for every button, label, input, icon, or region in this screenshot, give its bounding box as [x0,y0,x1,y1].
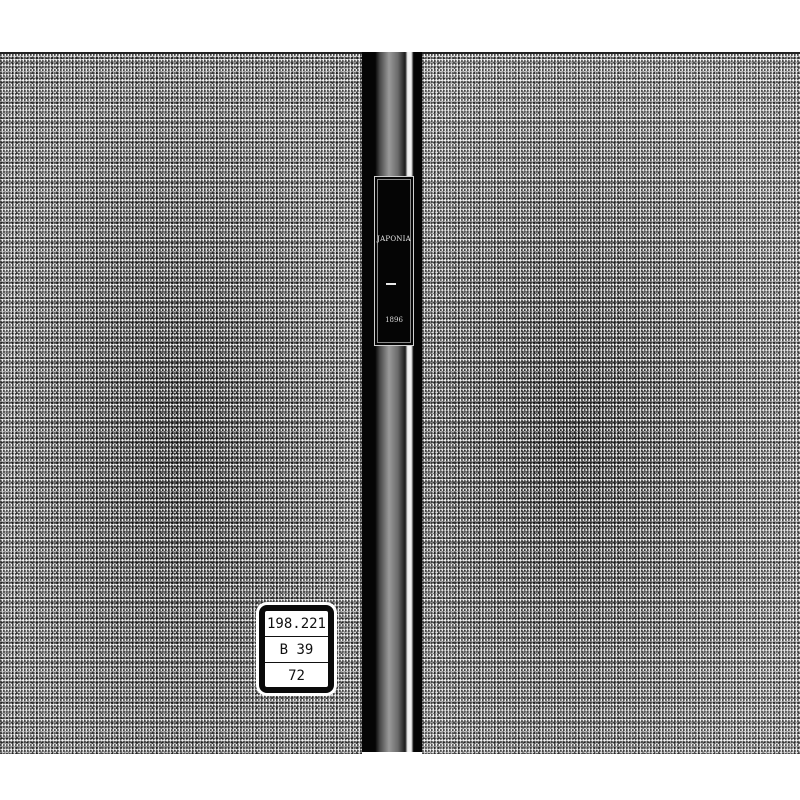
spine-ornament-rule [386,283,396,285]
book-scan: JAPONIA 1896 198.221 B 39 72 [0,52,800,752]
library-call-number-label: 198.221 B 39 72 [259,605,334,693]
front-cover [422,52,800,754]
spine-title: JAPONIA [374,235,414,243]
spine-year: 1896 [374,316,414,324]
call-number-line-1: 198.221 [265,611,328,637]
call-number-line-2: B 39 [265,637,328,663]
book-spine [362,52,422,752]
call-number-line-3: 72 [265,663,328,688]
